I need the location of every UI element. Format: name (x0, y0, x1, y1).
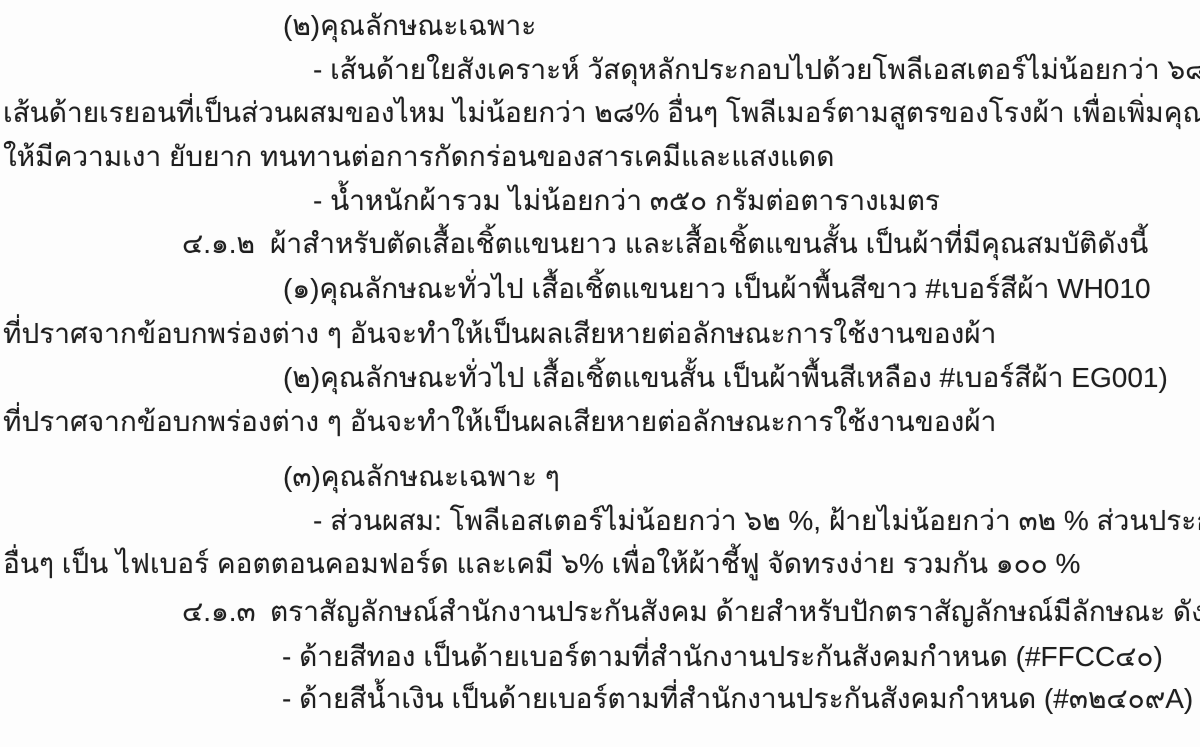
continuation-line-composition: อื่นๆ เป็น ไฟเบอร์ คอตตอนคอมฟอร์ด และเคม… (3, 546, 1080, 582)
section-text: ตราสัญลักษณ์สำนักงานประกันสังคม ด้ายสำหร… (270, 596, 1200, 627)
continuation-line-defects-1: ที่ปราศจากข้อบกพร่องต่าง ๆ อันจะทำให้เป็… (3, 316, 996, 352)
dash-gold-thread-line: - ด้ายสีทอง เป็นด้ายเบอร์ตามที่สำนักงานป… (282, 639, 1163, 675)
document-page: (๒)คุณลักษณะเฉพาะ - เส้นด้ายใยสังเคราะห์… (0, 0, 1200, 747)
section-number: ๔.๑.๓ (182, 594, 270, 630)
dash-synthetic-yarn-line: - เส้นด้ายใยสังเคราะห์ วัสดุหลักประกอบไป… (313, 52, 1200, 88)
item-3-specific-characteristics-line: (๓)คุณลักษณะเฉพาะ ๆ (283, 459, 560, 495)
dash-fabric-weight-line: - น้ำหนักผ้ารวม ไม่น้อยกว่า ๓๕๐ กรัมต่อต… (313, 183, 940, 219)
continuation-line-defects-2: ที่ปราศจากข้อบกพร่องต่าง ๆ อันจะทำให้เป็… (3, 404, 996, 440)
section-4-1-2-line: ๔.๑.๒ผ้าสำหรับตัดเสื้อเชิ้ตแขนยาว และเสื… (182, 226, 1148, 262)
dash-blue-thread-line: - ด้ายสีน้ำเงิน เป็นด้ายเบอร์ตามที่สำนัก… (282, 681, 1193, 717)
item-1-general-characteristics-line: (๑)คุณลักษณะทั่วไป เสื้อเชิ้ตแขนยาว เป็น… (283, 271, 1151, 307)
item-2-specific-characteristics-heading: (๒)คุณลักษณะเฉพาะ (283, 8, 536, 44)
section-text: ผ้าสำหรับตัดเสื้อเชิ้ตแขนยาว และเสื้อเชิ… (270, 228, 1148, 259)
continuation-line-gloss: ให้มีความเงา ยับยาก ทนทานต่อการกัดกร่อนข… (3, 139, 834, 175)
item-2-general-characteristics-line: (๒)คุณลักษณะทั่วไป เสื้อเชิ้ตแขนสั้น เป็… (283, 360, 1168, 396)
section-4-1-3-line: ๔.๑.๓ตราสัญลักษณ์สำนักงานประกันสังคม ด้า… (182, 594, 1200, 630)
section-number: ๔.๑.๒ (182, 226, 270, 262)
dash-composition-line: - ส่วนผสม: โพลีเอสเตอร์ไม่น้อยกว่า ๖๒ %,… (313, 503, 1200, 539)
continuation-line-rayon: เส้นด้ายเรยอนที่เป็นส่วนผสมของไหม ไม่น้อ… (3, 95, 1200, 131)
